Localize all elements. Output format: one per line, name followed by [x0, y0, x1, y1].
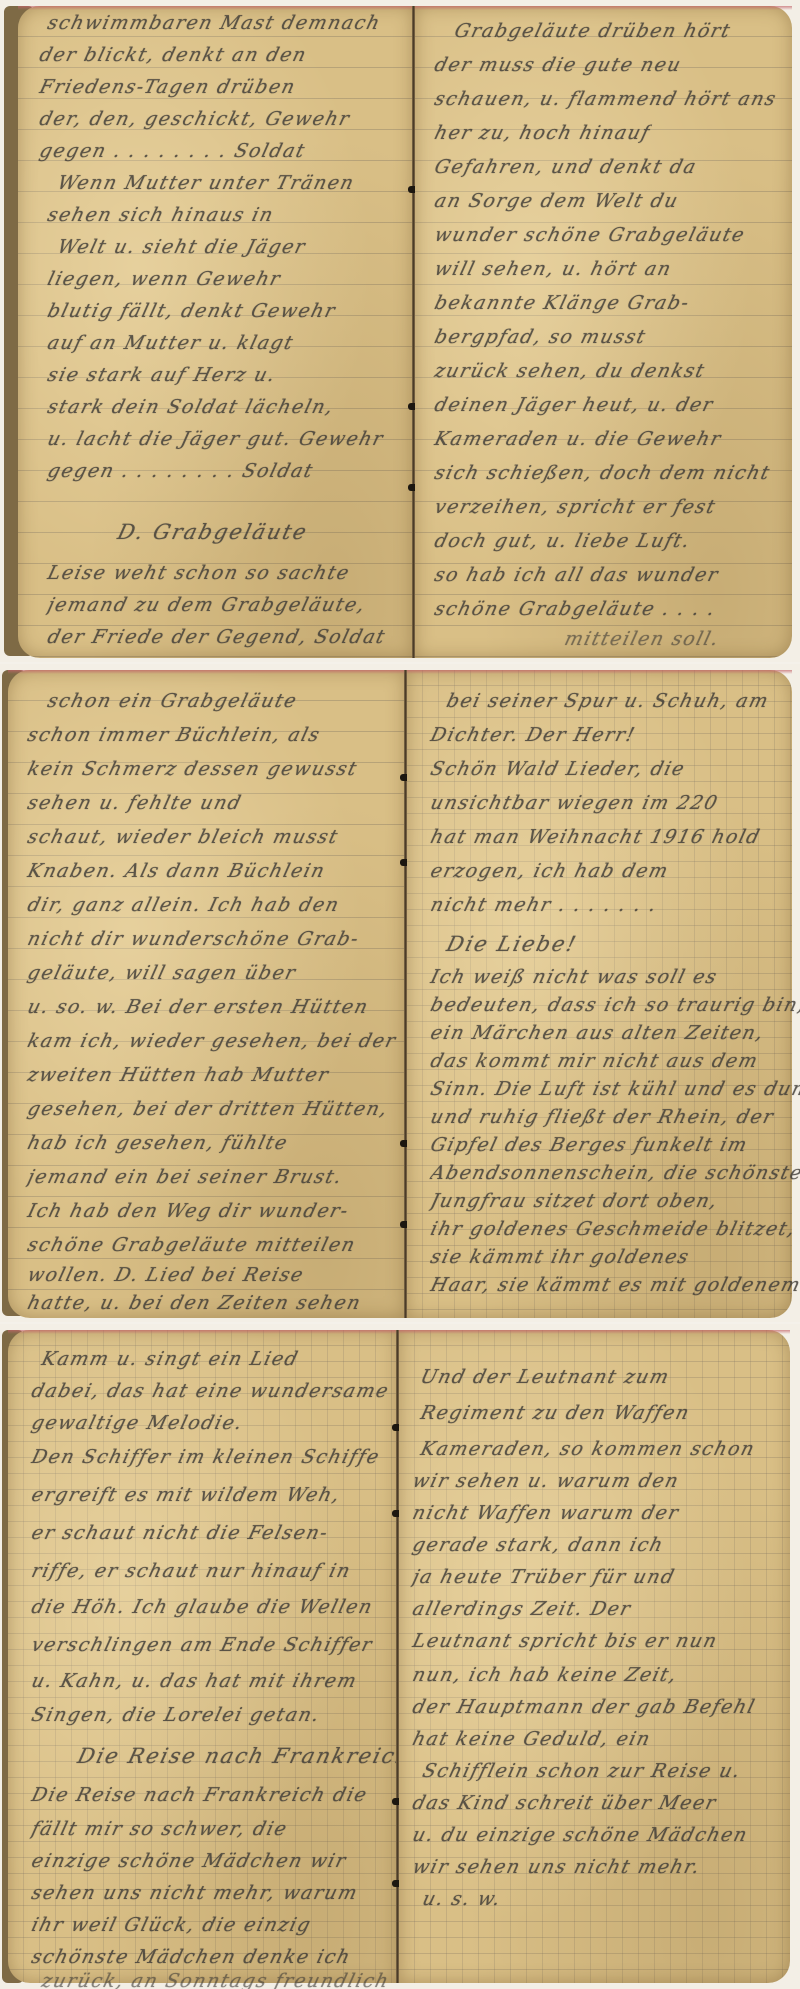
handwritten-line: der muss die gute neu: [432, 54, 684, 76]
handwritten-line: gesehen, bei der dritten Hütten,: [25, 1098, 390, 1120]
handwritten-line: ja heute Trüber für und: [410, 1566, 677, 1588]
page-right: Und der Leutnant zum Regiment zu den Waf…: [399, 1330, 790, 1983]
handwritten-line: Sinn. Die Luft ist kühl und es dunkelt,: [428, 1078, 800, 1100]
handwritten-line: nun, ich hab keine Zeit,: [410, 1664, 680, 1686]
page-right: Grabgeläute drüben hört der muss die gut…: [415, 6, 792, 658]
handwritten-line: Jungfrau sitzet dort oben,: [428, 1190, 720, 1212]
handwritten-line: mitteilen soll.: [562, 628, 722, 650]
handwritten-line: Friedens-Tagen drüben: [37, 76, 298, 98]
handwritten-line: schwimmbaren Mast demnach: [45, 12, 383, 34]
handwritten-line: gegen . . . . . . . . Soldat: [45, 460, 316, 482]
handwritten-line: sich schießen, doch dem nicht: [432, 462, 773, 484]
handwritten-line: Leise weht schon so sachte: [45, 562, 352, 584]
section-heading: Die Reise nach Frankreich.: [75, 1744, 423, 1768]
handwritten-line: schönste Mädchen denke ich: [29, 1946, 353, 1968]
handwritten-line: der Friede der Gegend, Soldat: [45, 626, 388, 648]
handwritten-line: unsichtbar wiegen im 220: [428, 792, 721, 814]
handwritten-line: Den Schiffer im kleinen Schiffe: [29, 1446, 382, 1468]
handwritten-line: bedeuten, dass ich so traurig bin,: [428, 994, 800, 1016]
handwritten-line: Welt u. sieht die Jäger: [55, 236, 308, 258]
handwritten-line: riffe, er schaut nur hinauf in: [29, 1560, 353, 1582]
handwritten-line: kein Schmerz dessen gewusst: [25, 758, 360, 780]
handwritten-line: fällt mir so schwer, die: [29, 1818, 290, 1840]
handwritten-line: der, den, geschickt, Gewehr: [37, 108, 352, 130]
handwritten-line: Kameraden u. die Gewehr: [432, 428, 724, 450]
handwritten-line: schaut, wieder bleich musst: [25, 826, 341, 848]
handwritten-line: der blickt, denkt an den: [37, 44, 309, 66]
handwritten-line: der Hauptmann der gab Befehl: [410, 1696, 758, 1718]
handwritten-line: Grabgeläute drüben hört: [452, 20, 733, 42]
handwritten-line: Regiment zu den Waffen: [418, 1402, 692, 1424]
handwritten-line: u. so. w. Bei der ersten Hütten: [25, 996, 371, 1018]
handwritten-line: zweiten Hütten hab Mutter: [25, 1064, 331, 1086]
handwritten-line: will sehen, u. hört an: [432, 258, 674, 280]
handwritten-line: wir sehen u. warum den: [410, 1470, 682, 1492]
handwritten-line: u. du einzige schöne Mädchen: [410, 1824, 750, 1846]
handwritten-line: verzeihen, spricht er fest: [432, 496, 718, 518]
handwritten-line: hat keine Geduld, ein: [410, 1728, 653, 1750]
handwritten-line: gewaltige Melodie.: [29, 1412, 245, 1434]
handwritten-line: erzogen, ich hab dem: [428, 860, 671, 882]
handwritten-line: bekannte Klänge Grab-: [432, 292, 692, 314]
handwritten-line: einzige schöne Mädchen wir: [29, 1850, 349, 1872]
handwritten-line: sehen sich hinaus in: [45, 204, 276, 226]
handwritten-line: sehen uns nicht mehr, warum: [29, 1882, 360, 1904]
handwritten-line: Knaben. Als dann Büchlein: [25, 860, 328, 882]
handwritten-line: hatte, u. bei den Zeiten sehen: [25, 1292, 364, 1314]
handwritten-line: Haar, sie kämmt es mit goldenem: [428, 1274, 800, 1296]
handwritten-line: auf an Mutter u. klagt: [45, 332, 296, 354]
handwritten-line: an Sorge dem Welt du: [432, 190, 681, 212]
handwritten-line: schöne Grabgeläute . . . .: [432, 598, 718, 620]
handwritten-line: Leutnant spricht bis er nun: [410, 1630, 720, 1652]
handwritten-line: allerdings Zeit. Der: [410, 1598, 634, 1620]
page-left: schon ein Grabgeläute schon immer Büchle…: [8, 670, 405, 1318]
notebook-spread-2: schon ein Grabgeläute schon immer Büchle…: [0, 664, 800, 1322]
handwritten-line: bei seiner Spur u. Schuh, am: [444, 690, 771, 712]
handwritten-line: sie kämmt ihr goldenes: [428, 1246, 692, 1268]
handwritten-line: dir, ganz allein. Ich hab den: [25, 894, 342, 916]
handwritten-line: nicht dir wunderschöne Grab-: [25, 928, 362, 950]
handwritten-line: ihr goldenes Geschmeide blitzet,: [428, 1218, 798, 1240]
handwritten-line: wunder schöne Grabgeläute: [432, 224, 748, 246]
handwritten-line: wir sehen uns nicht mehr.: [410, 1856, 703, 1878]
handwritten-line: Und der Leutnant zum: [418, 1366, 672, 1388]
handwritten-line: doch gut, u. liebe Luft.: [432, 530, 693, 552]
handwritten-line: schon immer Büchlein, als: [25, 724, 323, 746]
page-left: Kamm u. singt ein Lied dabei, das hat ei…: [8, 1330, 397, 1983]
handwritten-line: hat man Weihnacht 1916 hold: [428, 826, 763, 848]
handwritten-line: schöne Grabgeläute mitteilen: [25, 1234, 358, 1256]
handwritten-line: sehen u. fehlte und: [25, 792, 244, 814]
handwritten-line: Kameraden, so kommen schon: [418, 1438, 757, 1460]
handwritten-line: nicht Waffen warum der: [410, 1502, 682, 1524]
handwritten-line: gerade stark, dann ich: [410, 1534, 666, 1556]
handwritten-line: schon ein Grabgeläute: [45, 690, 300, 712]
handwritten-line: blutig fällt, denkt Gewehr: [45, 300, 338, 322]
handwritten-line: u. Kahn, u. das hat mit ihrem: [29, 1670, 360, 1692]
notebook-spread-1: schwimmbaren Mast demnach der blickt, de…: [0, 0, 800, 662]
handwritten-line: Ich weiß nicht was soll es: [428, 966, 720, 988]
page-right: bei seiner Spur u. Schuh, am Dichter. De…: [407, 670, 792, 1318]
handwritten-line: so hab ich all das wunder: [432, 564, 721, 586]
handwritten-line: Gefahren, und denkt da: [432, 156, 699, 178]
handwritten-text: Kamm u. singt ein Lied dabei, das hat ei…: [8, 1330, 397, 1983]
handwritten-line: gegen . . . . . . . . Soldat: [37, 140, 308, 162]
handwritten-line: Wenn Mutter unter Tränen: [55, 172, 357, 194]
handwritten-line: zurück, an Sonntags freundlich: [39, 1970, 392, 1989]
handwritten-line: und ruhig fließt der Rhein, der: [428, 1106, 777, 1128]
handwritten-line: geläute, will sagen über: [25, 962, 299, 984]
handwritten-text: Und der Leutnant zum Regiment zu den Waf…: [399, 1330, 790, 1983]
handwritten-text: schon ein Grabgeläute schon immer Büchle…: [8, 670, 405, 1318]
handwritten-line: her zu, hoch hinauf: [432, 122, 653, 144]
handwritten-line: Singen, die Lorelei getan.: [29, 1704, 323, 1726]
handwritten-line: u. lacht die Jäger gut. Gewehr: [45, 428, 386, 450]
handwritten-line: zurück sehen, du denkst: [432, 360, 708, 382]
handwritten-line: das Kind schreit über Meer: [410, 1792, 719, 1814]
handwritten-line: Die Reise nach Frankreich die: [29, 1784, 370, 1806]
page-left: schwimmbaren Mast demnach der blickt, de…: [18, 6, 413, 658]
handwritten-line: ergreift es mit wildem Weh,: [29, 1484, 343, 1506]
handwritten-line: liegen, wenn Gewehr: [45, 268, 283, 290]
handwritten-line: bergpfad, so musst: [432, 326, 649, 348]
handwritten-line: deinen Jäger heut, u. der: [432, 394, 716, 416]
handwritten-text: schwimmbaren Mast demnach der blickt, de…: [18, 6, 413, 658]
section-heading: D. Grabgeläute: [115, 520, 311, 544]
handwritten-text: Grabgeläute drüben hört der muss die gut…: [415, 6, 792, 658]
handwritten-line: ihr weil Glück, die einzig: [29, 1914, 314, 1936]
handwritten-line: ein Märchen aus alten Zeiten,: [428, 1022, 766, 1044]
handwritten-line: das kommt mir nicht aus dem: [428, 1050, 761, 1072]
handwritten-line: er schaut nicht die Felsen-: [29, 1522, 331, 1544]
handwritten-line: jemand zu dem Grabgeläute,: [45, 594, 368, 616]
handwritten-line: dabei, das hat eine wundersame: [29, 1380, 391, 1402]
handwritten-line: wollen. D. Lied bei Reise: [25, 1264, 306, 1286]
handwritten-line: jemand ein bei seiner Brust.: [25, 1166, 345, 1188]
handwritten-line: Schön Wald Lieder, die: [428, 758, 687, 780]
handwritten-text: bei seiner Spur u. Schuh, am Dichter. De…: [407, 670, 792, 1318]
handwritten-line: stark dein Soldat lächeln,: [45, 396, 336, 418]
handwritten-line: schauen, u. flammend hört ans: [432, 88, 779, 110]
handwritten-line: Dichter. Der Herr!: [428, 724, 638, 746]
handwritten-line: hab ich gesehen, fühlte: [25, 1132, 290, 1154]
handwritten-line: nicht mehr . . . . . . .: [428, 894, 659, 916]
handwritten-line: die Höh. Ich glaube die Wellen: [29, 1596, 375, 1618]
handwritten-line: Gipfel des Berges funkelt im: [428, 1134, 750, 1156]
section-heading: Die Liebe!: [444, 932, 580, 956]
handwritten-line: verschlingen am Ende Schiffer: [29, 1634, 375, 1656]
notebook-spread-3: Kamm u. singt ein Lied dabei, das hat ei…: [0, 1324, 800, 1989]
handwritten-line: Abendsonnenschein, die schönste: [428, 1162, 800, 1184]
handwritten-line: Kamm u. singt ein Lied: [39, 1348, 301, 1370]
handwritten-line: u. s. w.: [420, 1888, 504, 1910]
handwritten-line: Schifflein schon zur Reise u.: [420, 1760, 743, 1782]
handwritten-line: sie stark auf Herz u.: [45, 364, 278, 386]
handwritten-line: kam ich, wieder gesehen, bei der: [25, 1030, 399, 1052]
handwritten-line: Ich hab den Weg dir wunder-: [25, 1200, 351, 1222]
